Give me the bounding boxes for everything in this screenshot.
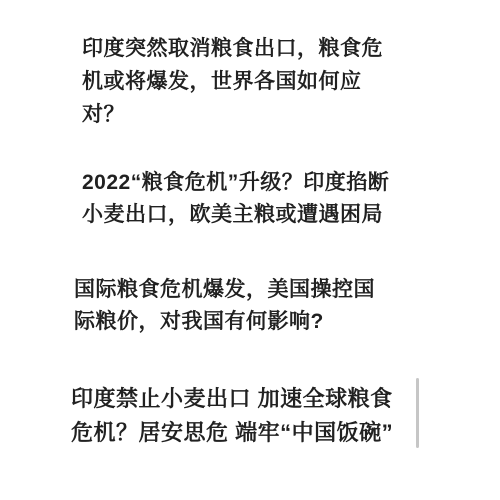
title-line: 印度突然取消粮食出口，粮食危 xyxy=(82,32,383,65)
title-line: 印度禁止小麦出口 加速全球粮食 xyxy=(71,382,393,416)
title-line: 际粮价，对我国有何影响? xyxy=(74,306,375,338)
title-line: 2022“粮食危机”升级？印度掐断 xyxy=(82,167,389,199)
video-title-feed: 印度突然取消粮食出口，粮食危 机或将爆发，世界各国如何应 对？ 2022“粮食危… xyxy=(0,0,500,500)
video-title-item-4[interactable]: 印度禁止小麦出口 加速全球粮食 危机？居安思危 端牢“中国饭碗” xyxy=(71,382,393,450)
video-title-item-1[interactable]: 印度突然取消粮食出口，粮食危 机或将爆发，世界各国如何应 对？ xyxy=(82,32,383,131)
video-title-item-2[interactable]: 2022“粮食危机”升级？印度掐断 小麦出口，欧美主粮或遭遇困局 xyxy=(82,167,389,231)
title-line: 小麦出口，欧美主粮或遭遇困局 xyxy=(82,199,389,231)
title-line: 机或将爆发，世界各国如何应 xyxy=(82,65,383,98)
title-line: 危机？居安思危 端牢“中国饭碗” xyxy=(71,416,393,450)
video-title-item-3[interactable]: 国际粮食危机爆发，美国操控国 际粮价，对我国有何影响? xyxy=(74,274,375,338)
title-line: 对？ xyxy=(82,98,383,131)
title-line: 国际粮食危机爆发，美国操控国 xyxy=(74,274,375,306)
scrollbar-thumb[interactable] xyxy=(416,378,419,448)
